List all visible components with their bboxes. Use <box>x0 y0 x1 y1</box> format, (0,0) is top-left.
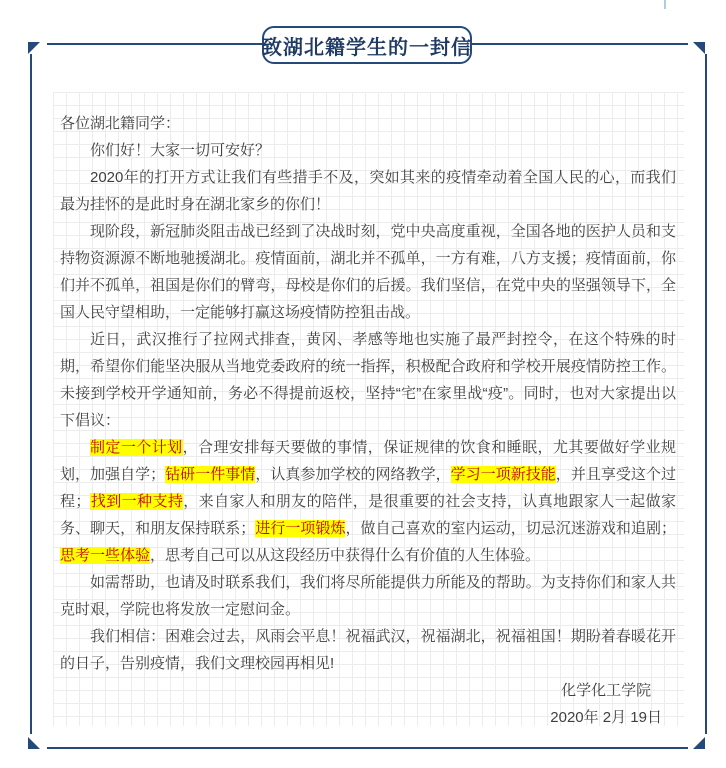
text-segment: 我们相信：困难会过去，风雨会平息！祝福武汉，祝福湖北，祝福祖国！期盼着春暖花开的… <box>60 628 676 672</box>
highlighted-phrase: 钻研一件事情 <box>165 466 255 483</box>
text-segment: ，思考自己可以从这段经历中获得什么有价值的人生体验。 <box>150 547 540 564</box>
text-segment: 如需帮助，也请及时联系我们，我们将尽所能提供力所能及的帮助。为支持你们和家人共克… <box>60 574 676 618</box>
signature-date: 2020年 2月 19日 <box>550 704 662 731</box>
highlighted-phrase: 找到一种支持 <box>90 493 183 510</box>
text-segment: 各位湖北籍同学： <box>60 115 180 132</box>
frame-line-right <box>705 54 707 734</box>
letter-paragraphs: 各位湖北籍同学：你们好！大家一切可安好？2020年的打开方式让我们有些措手不及，… <box>60 110 676 677</box>
paragraph: 如需帮助，也请及时联系我们，我们将尽所能提供力所能及的帮助。为支持你们和家人共克… <box>60 569 676 623</box>
title-box: 致湖北籍学生的一封信 <box>262 26 472 64</box>
highlighted-phrase: 思考一些体验 <box>60 547 150 564</box>
corner-triangle-top-left <box>28 42 40 54</box>
signature-org: 化学化工学院 <box>550 677 662 704</box>
text-segment: 2020年的打开方式让我们有些措手不及，突如其来的疫情牵动着全国人民的心，而我们… <box>60 169 676 213</box>
frame-line-left <box>30 54 32 734</box>
signature-block: 化学化工学院 2020年 2月 19日 <box>60 677 676 731</box>
paragraph: 我们相信：困难会过去，风雨会平息！祝福武汉，祝福湖北，祝福祖国！期盼着春暖花开的… <box>60 623 676 677</box>
text-segment: 近日，武汉推行了拉网式排查，黄冈、孝感等地也实施了最严封控令，在这个特殊的时期，… <box>60 331 676 429</box>
highlighted-phrase: 进行一项锻炼 <box>255 520 345 537</box>
paragraph: 你们好！大家一切可安好？ <box>60 137 676 164</box>
highlighted-phrase: 学习一项新技能 <box>451 466 556 483</box>
letter-page: 致湖北籍学生的一封信 各位湖北籍同学：你们好！大家一切可安好？2020年的打开方… <box>0 0 726 768</box>
paragraph: 各位湖北籍同学： <box>60 110 676 137</box>
text-segment: 你们好！大家一切可安好？ <box>90 142 270 159</box>
highlighted-phrase: 制定一个计划 <box>90 439 183 456</box>
frame-line-bottom <box>47 747 688 749</box>
paragraph: 近日，武汉推行了拉网式排查，黄冈、孝感等地也实施了最严封控令，在这个特殊的时期，… <box>60 326 676 434</box>
grid-paper: 各位湖北籍同学：你们好！大家一切可安好？2020年的打开方式让我们有些措手不及，… <box>53 92 684 726</box>
top-edge-tick <box>664 0 666 9</box>
text-segment: ，认真参加学校的网络教学， <box>255 466 450 483</box>
paragraph: 现阶段，新冠肺炎阻击战已经到了决战时刻，党中央高度重视，全国各地的医护人员和支持… <box>60 218 676 326</box>
paragraph: 2020年的打开方式让我们有些措手不及，突如其来的疫情牵动着全国人民的心，而我们… <box>60 164 676 218</box>
corner-triangle-bottom-left <box>28 737 40 749</box>
corner-triangle-top-right <box>693 42 705 54</box>
corner-triangle-bottom-right <box>693 737 705 749</box>
signature-inner: 化学化工学院 2020年 2月 19日 <box>550 677 662 731</box>
text-segment: 现阶段，新冠肺炎阻击战已经到了决战时刻，党中央高度重视，全国各地的医护人员和支持… <box>60 223 676 321</box>
paragraph: 制定一个计划，合理安排每天要做的事情，保证规律的饮食和睡眠，尤其要做好学业规划，… <box>60 434 676 569</box>
text-segment: ，做自己喜欢的室内运动，切忌沉迷游戏和追剧； <box>345 520 676 537</box>
page-title: 致湖北籍学生的一封信 <box>262 31 472 60</box>
